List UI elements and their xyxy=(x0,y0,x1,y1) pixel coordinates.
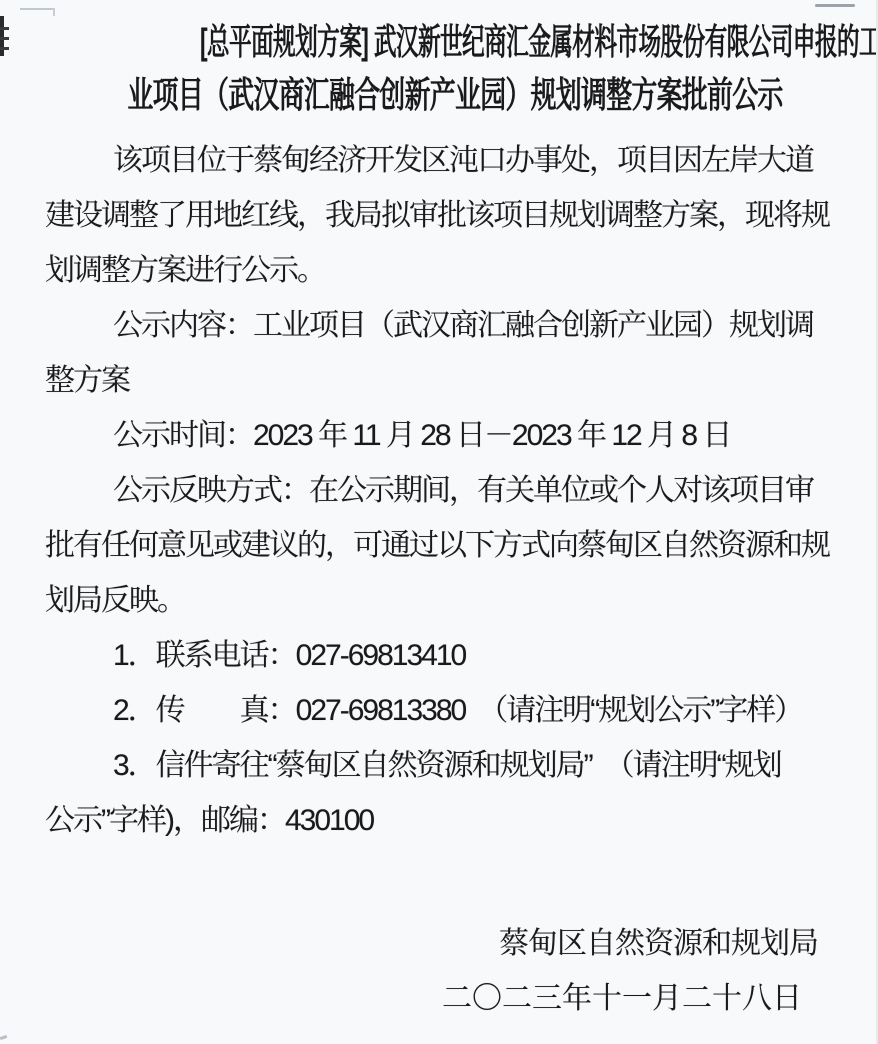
notice-page: [总平面规划方案] 武汉新世纪商汇金属材料市场股份有限公司申报的工 业项目（武汉… xyxy=(0,0,878,1044)
body-line-notice-period: 公示时间：2023 年 11 月 28 日－2023 年 12 月 8 日 xyxy=(45,408,838,463)
scan-artifact-tick xyxy=(0,37,9,40)
scan-artifact-corner-line xyxy=(20,8,54,10)
body-line-contact-fax: 2．传 真：027-69813380 （请注明“规划公示”字样） xyxy=(45,683,838,738)
body-line: 划局反映。 xyxy=(45,573,838,628)
body-line-project-location: 该项目位于蔡甸经济开发区沌口办事处，项目因左岸大道 xyxy=(45,133,838,188)
notice-title: [总平面规划方案] 武汉新世纪商汇金属材料市场股份有限公司申报的工 业项目（武汉… xyxy=(0,0,876,121)
body-line-contact-phone: 1．联系电话：027-69813410 xyxy=(45,628,838,683)
body-line-postal-code: 公示”字样)，邮编：430100 xyxy=(45,793,838,848)
notice-body: 该项目位于蔡甸经济开发区沌口办事处，项目因左岸大道 建设调整了用地红线，我局拟审… xyxy=(0,133,876,848)
title-row: 业项目（武汉商汇融合创新产业园）规划调整方案批前公示 xyxy=(0,68,876,121)
body-line-feedback-method: 公示反映方式：在公示期间，有关单位或个人对该项目审 xyxy=(45,463,838,518)
body-line: 建设调整了用地红线，我局拟审批该项目规划调整方案，现将规 xyxy=(45,188,838,243)
scan-artifact-left-bar xyxy=(0,16,4,56)
scan-artifact-corner-line xyxy=(53,8,55,16)
scan-artifact-bottom-left-dash xyxy=(0,1035,7,1040)
issuing-authority: 蔡甸区自然资源和规划局 xyxy=(0,916,818,971)
scan-artifact-tick xyxy=(0,47,9,50)
issue-date: 二〇二三年十一月二十八日 xyxy=(0,971,818,1026)
body-line-notice-content: 公示内容：工业项目（武汉商汇融合创新产业园）规划调 xyxy=(45,298,838,353)
title-row: [总平面规划方案] 武汉新世纪商汇金属材料市场股份有限公司申报的工 xyxy=(0,15,876,68)
title-line-2: 业项目（武汉商汇融合创新产业园）规划调整方案批前公示 xyxy=(127,68,782,121)
signature-block: 蔡甸区自然资源和规划局 二〇二三年十一月二十八日 xyxy=(0,916,876,1026)
scan-artifact-top-right-dash xyxy=(815,4,855,7)
body-line: 整方案 xyxy=(45,353,838,408)
scan-artifact-tick xyxy=(0,27,9,30)
body-line-contact-mail: 3．信件寄往“蔡甸区自然资源和规划局” （请注明“规划 xyxy=(45,738,838,793)
body-line: 批有任何意见或建议的，可通过以下方式向蔡甸区自然资源和规 xyxy=(45,518,838,573)
title-line-1: [总平面规划方案] 武汉新世纪商汇金属材料市场股份有限公司申报的工 xyxy=(200,15,878,68)
body-line: 划调整方案进行公示。 xyxy=(45,243,838,298)
